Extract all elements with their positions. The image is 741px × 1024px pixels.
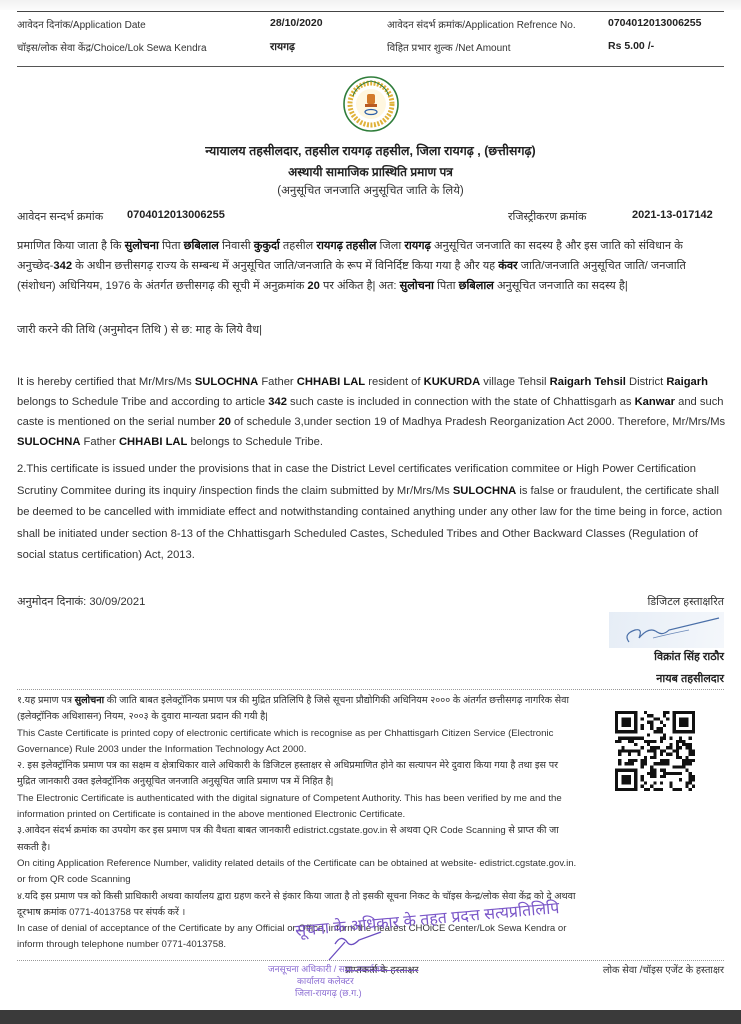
- footnote-1-hindi: १.यह प्रमाण पत्र सुलोचना की जाति बाबत इल…: [17, 693, 577, 726]
- header-divider: [17, 66, 724, 67]
- top-border: [17, 11, 724, 12]
- reg-no: 2021-13-017142: [632, 209, 713, 221]
- footnote-3-hindi: ३.आवेदन संदर्भ क्रमांक का उपयोग कर इस प्…: [17, 823, 577, 856]
- app-ref-label: आवेदन सन्दर्भ क्रमांक: [17, 209, 103, 224]
- top-shade: [0, 0, 741, 10]
- footnote-1-english: This Caste Certificate is printed copy o…: [17, 726, 577, 759]
- footnote-2-hindi: २. इस इलेक्ट्रॉनिक प्रमाण पत्र का सक्षम …: [17, 758, 577, 791]
- footnote-2-english: The Electronic Certificate is authentica…: [17, 791, 577, 824]
- footnote-divider: [17, 689, 724, 690]
- signature-image: [609, 612, 724, 648]
- net-amount-label: विहित प्रभार शुल्क /Net Amount: [387, 40, 511, 54]
- signature-icon: [609, 612, 724, 648]
- court-title: न्यायालय तहसीलदार, तहसील रायगढ़ तहसील, ज…: [0, 142, 741, 159]
- validity-note: जारी करने की तिथि (अनुमोदन तिथि ) से छ: …: [17, 320, 727, 340]
- application-date-label: आवेदन दिनांक/Application Date: [17, 17, 146, 31]
- ref-no-label: आवेदन संदर्भ क्रमांक/Application Refrenc…: [387, 17, 576, 31]
- bottom-bar: [0, 1010, 741, 1024]
- agent-signature-label: लोक सेवा /चॉइस एजेंट के हस्ताक्षर: [603, 963, 724, 976]
- choice-center: रायगढ़: [270, 40, 295, 54]
- bottom-divider: [17, 960, 724, 961]
- approval-date: अनुमोदन दिनाकं: 30/09/2021: [17, 592, 727, 612]
- certificate-subtitle: (अनुसूचित जनजाति अनुसूचित जाति के लिये): [0, 183, 741, 198]
- signatory-name: विक्रांत सिंह राठौर: [654, 649, 724, 664]
- certificate-title: अस्थायी सामाजिक प्रास्थिति प्रमाण पत्र: [0, 163, 741, 180]
- reg-label: रजिस्ट्रीकरण क्रमांक: [508, 209, 586, 224]
- english-certification-paragraph: It is hereby certified that Mr/Mrs/Ms SU…: [17, 372, 727, 452]
- stamp-officer-line-3: जिला-रायगढ़ (छ.ग.): [295, 986, 362, 999]
- chhattisgarh-emblem-icon: [343, 76, 399, 132]
- net-amount: Rs 5.00 /-: [608, 40, 654, 52]
- signatory-designation: नायब तहसीलदार: [656, 671, 724, 686]
- provision-paragraph: 2.This certificate is issued under the p…: [17, 459, 727, 567]
- hindi-certification-paragraph: प्रमाणित किया जाता है कि सुलोचना पिता छब…: [17, 236, 727, 296]
- choice-center-label: चॉइस/लोक सेवा केंद्र/Choice/Lok Sewa Ken…: [17, 40, 207, 54]
- recipient-signature-label: प्राप्तकर्ता के हस्ताक्षर: [345, 963, 419, 976]
- application-date: 28/10/2020: [270, 17, 323, 29]
- ref-no: 0704012013006255: [608, 17, 701, 29]
- digital-signed-label: डिजिटल हस्ताक्षरित: [647, 594, 724, 609]
- app-ref: 0704012013006255: [127, 209, 225, 221]
- qr-code-icon[interactable]: [615, 711, 695, 791]
- footnote-3-english: On citing Application Reference Number, …: [17, 856, 577, 889]
